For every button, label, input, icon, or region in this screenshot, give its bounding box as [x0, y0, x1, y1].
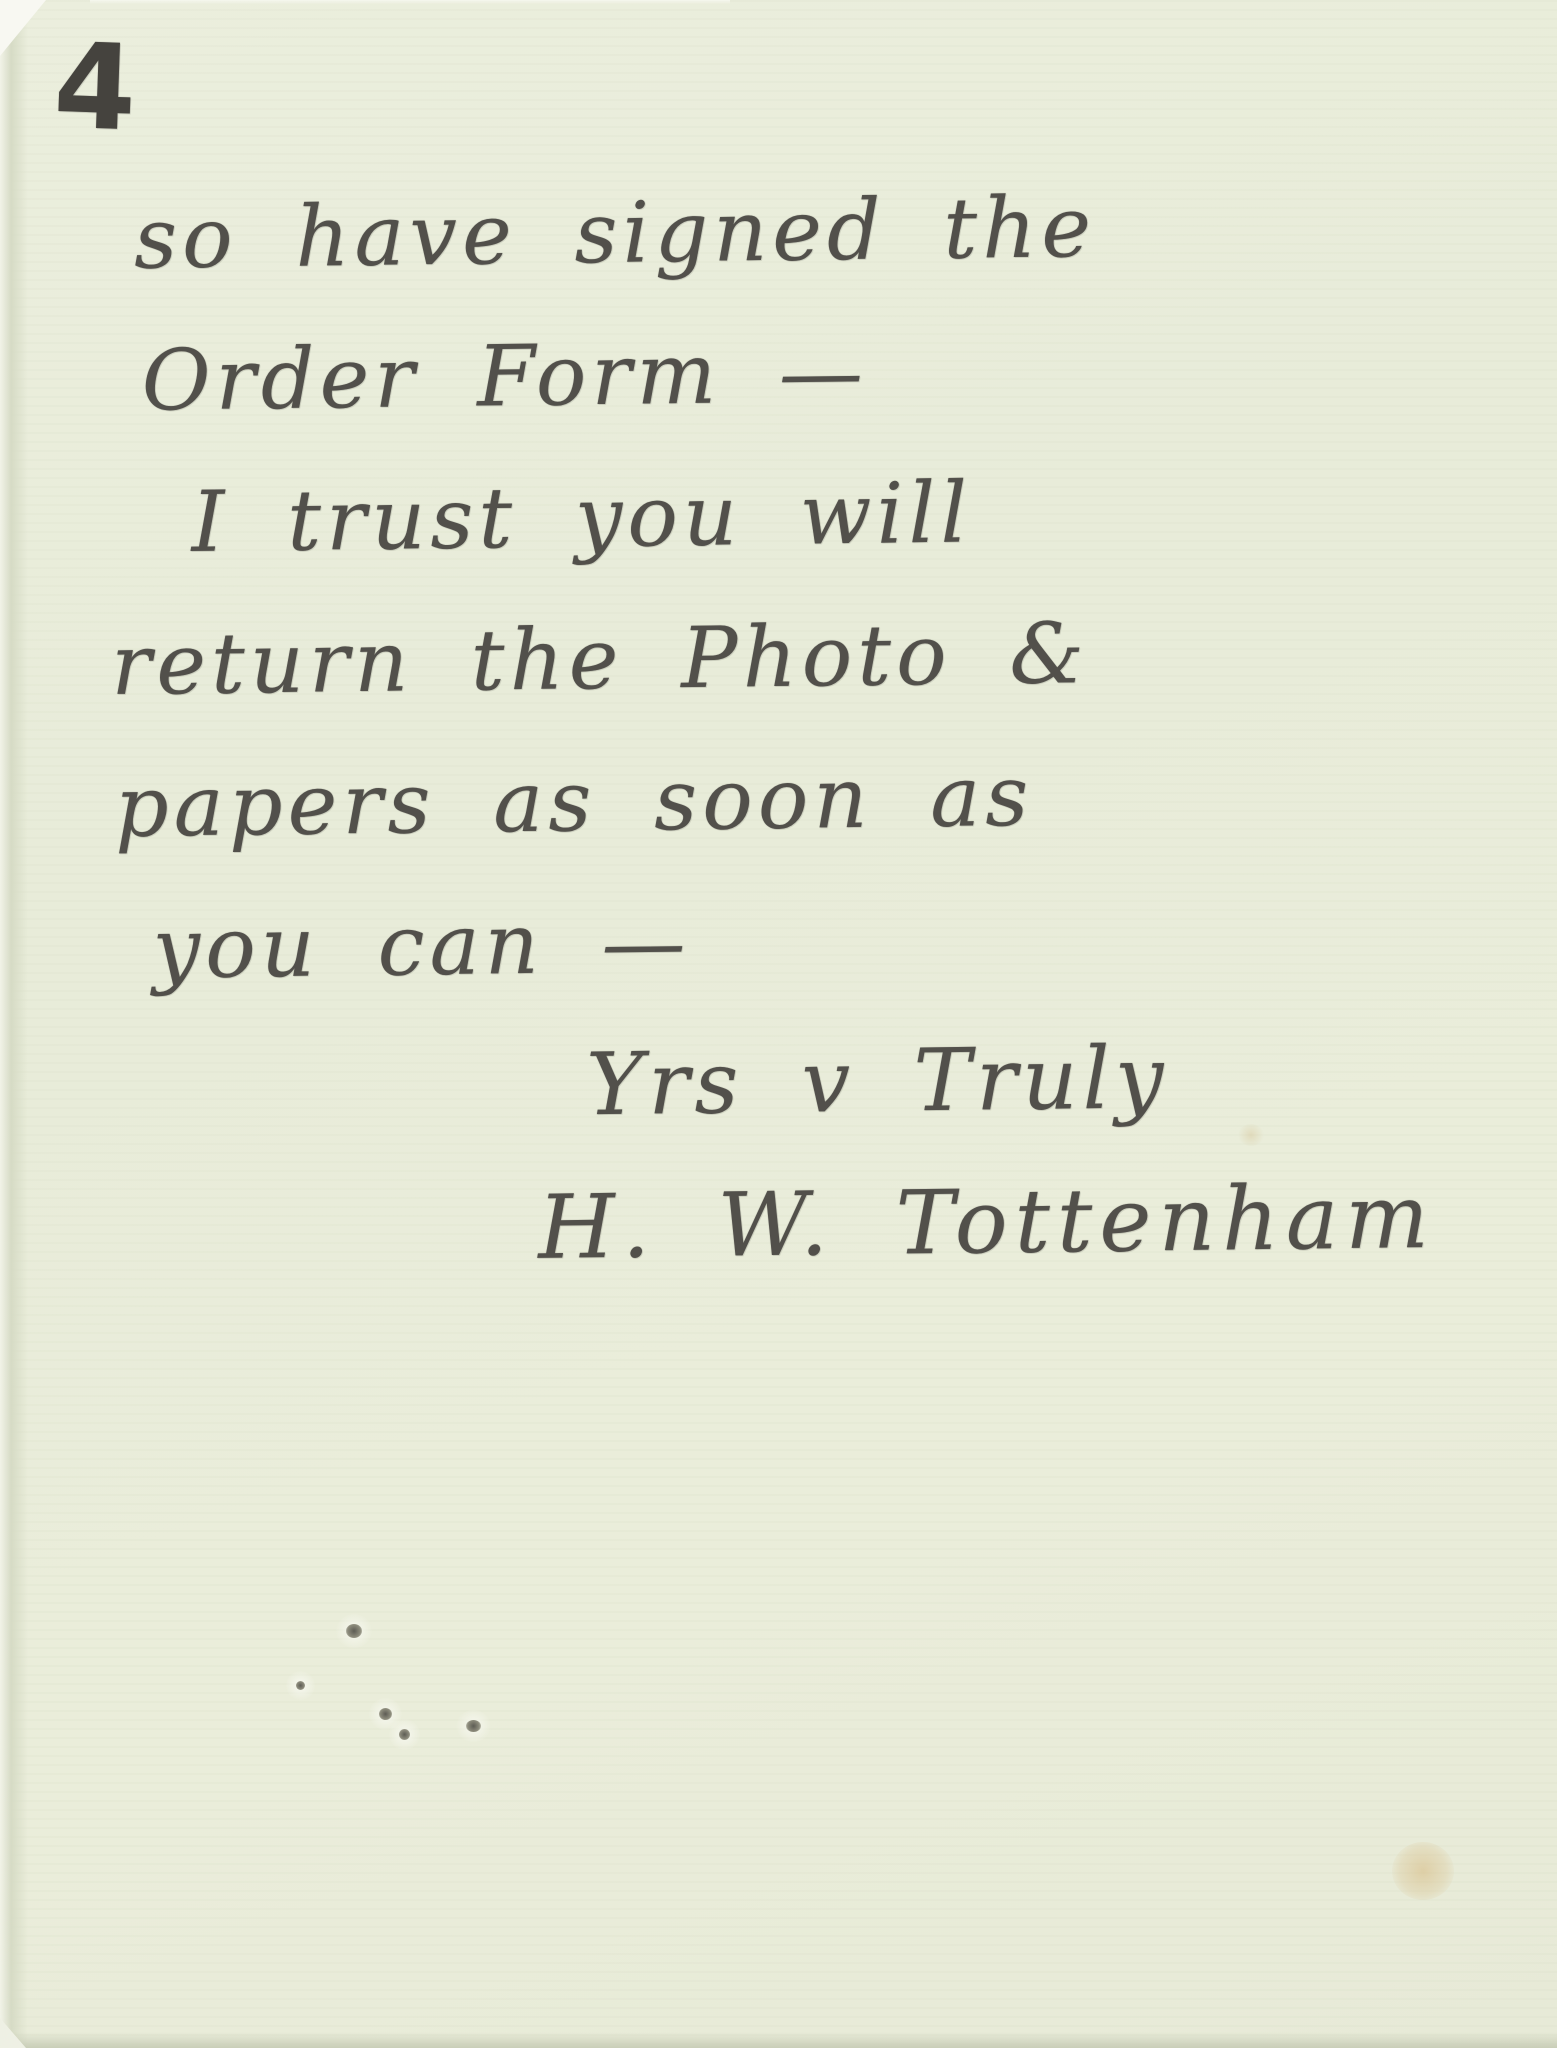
- paper-corner-top-left: [0, 0, 46, 56]
- paper-corner-bottom-left: [0, 2018, 26, 2048]
- letter-line: return the Photo &: [110, 578, 1429, 736]
- paper-speck: [296, 1681, 305, 1690]
- paper-left-edge: [0, 0, 28, 2048]
- letter-line: Order Form —: [141, 294, 1426, 452]
- paper-bottom-edge: [0, 2032, 1557, 2048]
- letter-line: I trust you will: [191, 436, 1428, 593]
- closing-line: Yrs v Truly: [585, 1004, 1434, 1156]
- paper-speck: [379, 1708, 392, 1720]
- letter-line: you can —: [152, 862, 1433, 1020]
- paper-speck: [346, 1624, 362, 1638]
- paper-stain-small: [1238, 1124, 1264, 1146]
- signature: H. W. Tottenham: [537, 1146, 1436, 1299]
- page-number: 4: [52, 17, 139, 158]
- paper-speck: [466, 1720, 481, 1732]
- letter-line: so have signed the: [133, 152, 1424, 310]
- letter-body: so have signed the Order Form — I trust …: [105, 152, 1436, 1304]
- letter-line: papers as soon as: [114, 720, 1431, 878]
- scanned-letter-page: 4 so have signed the Order Form — I trus…: [0, 0, 1557, 2048]
- paper-speck: [399, 1729, 410, 1740]
- paper-top-edge: [90, 0, 730, 4]
- paper-stain: [1392, 1842, 1454, 1900]
